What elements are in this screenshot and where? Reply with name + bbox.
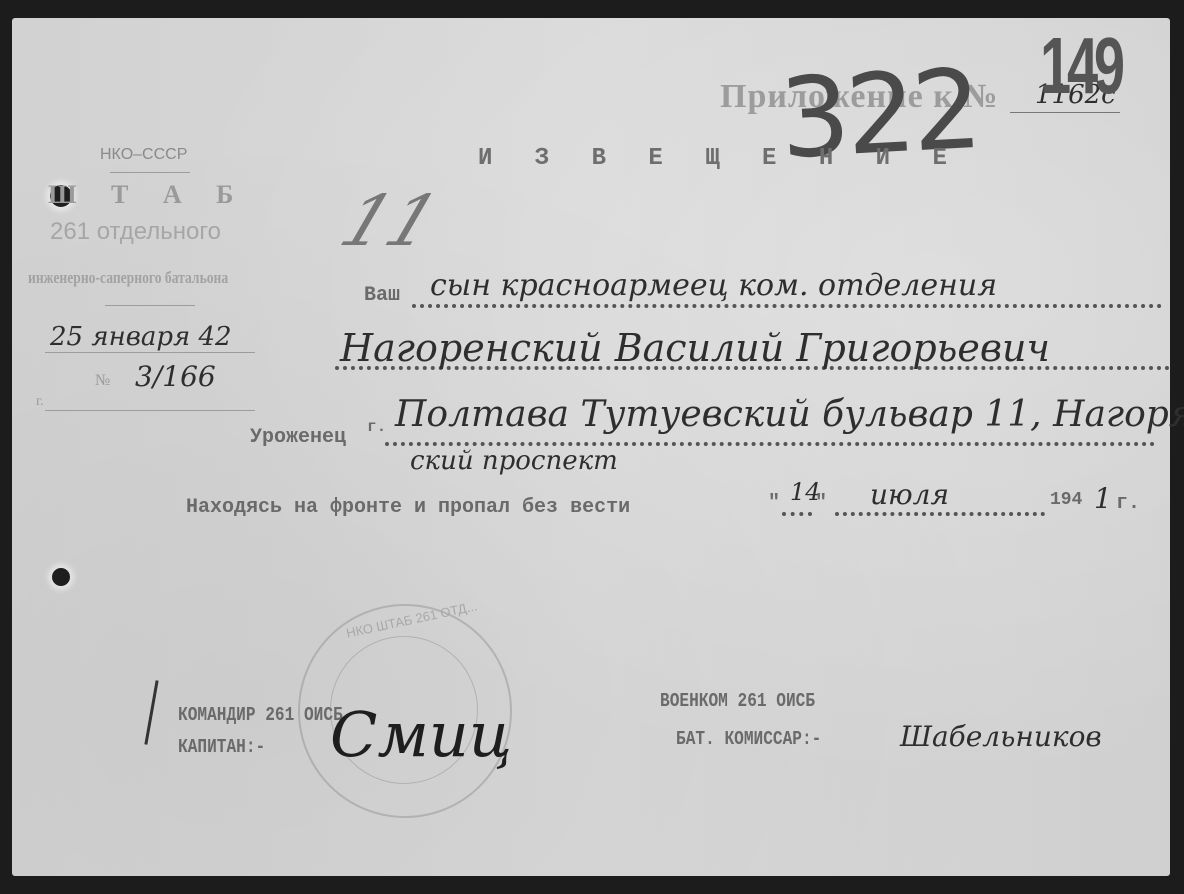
soldier-name: Нагоренский Василий Григорьевич: [340, 326, 1050, 370]
date-underline: [45, 352, 255, 353]
commissar-rank: БАТ. КОМИССАР:-: [676, 728, 821, 750]
issue-date: 25 января 42: [50, 322, 232, 352]
status-text: Находясь на фронте и пропал без вести: [186, 496, 630, 519]
issuer-line4: инженерно-саперного батальона: [28, 268, 228, 288]
year-suffix: 1: [1094, 482, 1112, 515]
year-prefix: 194: [1050, 490, 1082, 510]
native-value-line2: ский проспект: [410, 446, 618, 476]
day-dots: [782, 512, 812, 516]
day-open-quote: ": [768, 492, 780, 515]
punch-hole-bottom: [52, 568, 70, 586]
issuer-rule2: [105, 305, 195, 306]
native-value-line1: Полтава Тутуевский бульвар 11, Нагорян-: [395, 394, 1184, 435]
commander-title: КОМАНДИР 261 ОИСБ: [178, 704, 343, 726]
issuer-line3: 261 отдельного: [50, 218, 221, 246]
native-prefix: г.: [367, 418, 386, 436]
issuer-line1: НКО–СССР: [100, 146, 187, 164]
commissar-title: ВОЕНКОМ 261 ОИСБ: [660, 690, 815, 712]
native-label: Уроженец: [250, 426, 346, 449]
issue-number: 3/166: [135, 360, 216, 393]
city-underline: [45, 410, 255, 411]
month-dots: [835, 512, 1045, 516]
year-end: г.: [1116, 492, 1140, 515]
issuer-line2: Ш Т А Б: [48, 180, 247, 210]
issuer-rule1: [110, 172, 190, 173]
document-title: И З В Е Щ Е Н И Е: [478, 145, 961, 172]
archive-number-corner: 149: [1040, 20, 1121, 112]
addressee-value: сын красноармеец ком. отделения: [430, 268, 997, 303]
commander-rank: КАПИТАН:-: [178, 736, 265, 758]
city-prefix: г.: [36, 394, 44, 410]
addressee-dots: [412, 304, 1162, 308]
appendix-underline: [1010, 112, 1120, 113]
number-prefix: №: [95, 372, 110, 390]
addressee-label: Ваш: [364, 284, 400, 307]
commander-signature: Смиц: [330, 698, 512, 771]
day-close-quote: ": [815, 492, 827, 515]
commissar-signature: Шабельников: [900, 720, 1102, 753]
missing-month: июля: [870, 478, 949, 511]
